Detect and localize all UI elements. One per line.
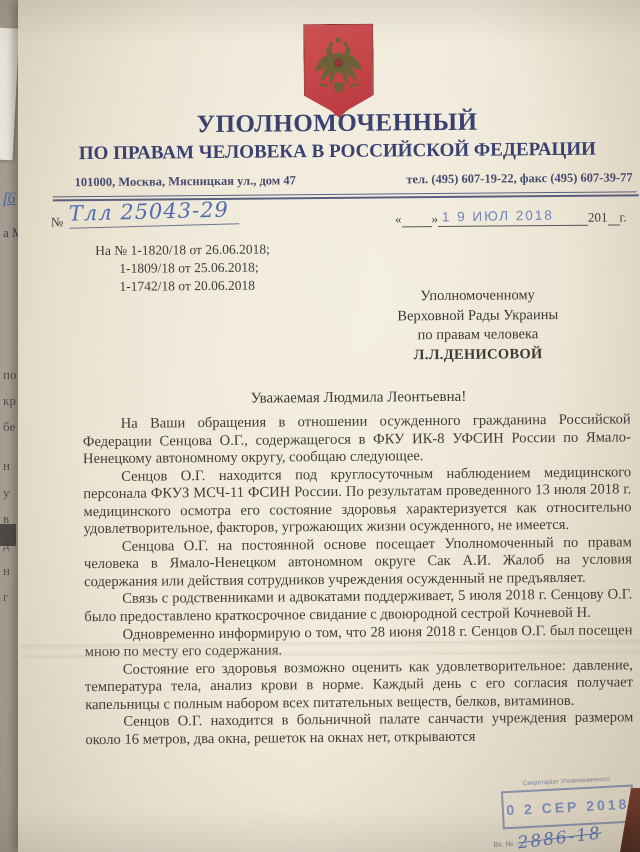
- date-month-blank: 1 9 ИЮЛ 2018: [438, 211, 588, 227]
- recipient-name: Л.Л.ДЕНИСОВОЙ: [343, 344, 613, 366]
- letter-body: На Ваши обращения в отношении осужденног…: [83, 411, 634, 749]
- salutation: Уважаемая Людмила Леонтьевна!: [78, 387, 638, 409]
- stamp-number-label: Вх. №: [494, 841, 514, 849]
- outgoing-number-label: №: [51, 214, 64, 230]
- underlay-text-fragment: н: [3, 564, 10, 577]
- stamp-date: 0 2 СЕР 2018: [506, 796, 630, 818]
- recipient-line: Верховной Рады Украины: [343, 305, 613, 327]
- date-day-blank: [401, 212, 431, 227]
- underlay-text-fragment: бе: [3, 420, 15, 433]
- in-reply-to-block: На № 1-1820/18 от 26.06.2018; 1-1809/18 …: [95, 241, 270, 297]
- date-stamp: 1 9 ИЮЛ 2018: [442, 208, 554, 225]
- red-shield: [303, 24, 374, 119]
- letter-sheet: УПОЛНОМОЧЕННЫЙ ПО ПРАВАМ ЧЕЛОВЕКА В РОСС…: [18, 0, 640, 852]
- underlay-text-fragment: у: [3, 486, 10, 499]
- letterhead-address: 101000, Москва, Мясницкая ул., дом 47: [75, 173, 296, 190]
- dark-edge-mark: [0, 524, 16, 546]
- underlay-text-fragment: ſ6: [3, 192, 15, 205]
- date-line: « » 1 9 ИЮЛ 2018 201 г.: [395, 209, 631, 227]
- body-paragraph: Сенцов О.Г. находится в больничной палат…: [85, 710, 633, 750]
- letterhead-contact-row: 101000, Москва, Мясницкая ул., дом 47 те…: [75, 170, 633, 190]
- letterhead-title: УПОЛНОМОЧЕННЫЙ: [46, 107, 628, 140]
- letterhead-phone: тел. (495) 607-19-22, факс (495) 607-39-…: [406, 170, 632, 187]
- body-paragraph: Одновременно информирую о том, что 28 ию…: [84, 622, 632, 662]
- recipient-block: Уполномоченному Верховной Рады Украины п…: [343, 286, 614, 366]
- underlay-text-fragment: по: [3, 368, 16, 381]
- underlay-text-fragment: н: [3, 459, 10, 472]
- incoming-registration-stamp: Секретаріат Уповноваженого 0 2 СЕР 2018 …: [490, 774, 640, 852]
- stamp-date-box: 0 2 СЕР 2018: [501, 785, 635, 830]
- body-paragraph: Сенцов О.Г. находится под круглосуточным…: [83, 464, 632, 539]
- underlay-text-fragment: г: [3, 590, 8, 603]
- recipient-line: по правам человека: [343, 325, 613, 347]
- year-prefix: 201: [588, 210, 608, 226]
- body-paragraph: На Ваши обращения в отношении осужденног…: [83, 411, 631, 468]
- double-headed-eagle-icon: [312, 34, 365, 108]
- body-paragraph: Связь с родственниками и адвокатами подд…: [84, 587, 632, 627]
- in-reply-line: 1-1742/18 от 20.06.2018: [95, 277, 270, 297]
- photographed-letter-page: ſ6 а М по кр бе н у в д н г: [0, 0, 640, 852]
- underlay-text-fragment: кр: [3, 394, 16, 407]
- year-blank: [607, 210, 619, 225]
- body-paragraph: Сенцова О.Г. на постоянной основе посеща…: [84, 534, 632, 591]
- year-suffix: г.: [619, 209, 626, 225]
- in-reply-line: На № 1-1820/18 от 26.06.2018;: [95, 241, 270, 261]
- letterhead-subtitle: ПО ПРАВАМ ЧЕЛОВЕКА В РОССИЙСКОЙ ФЕДЕРАЦИ…: [46, 138, 628, 165]
- letter-content: УПОЛНОМОЧЕННЫЙ ПО ПРАВАМ ЧЕЛОВЕКА В РОСС…: [15, 0, 640, 852]
- in-reply-line: 1-1809/18 от 25.06.2018;: [95, 259, 270, 279]
- outgoing-number-handwritten: Тлл 25043-29: [69, 197, 240, 228]
- body-paragraph: Состояние его здоровья возможно оценить …: [85, 657, 633, 714]
- recipient-line: Уполномоченному: [343, 286, 613, 308]
- coat-of-arms: [303, 24, 372, 117]
